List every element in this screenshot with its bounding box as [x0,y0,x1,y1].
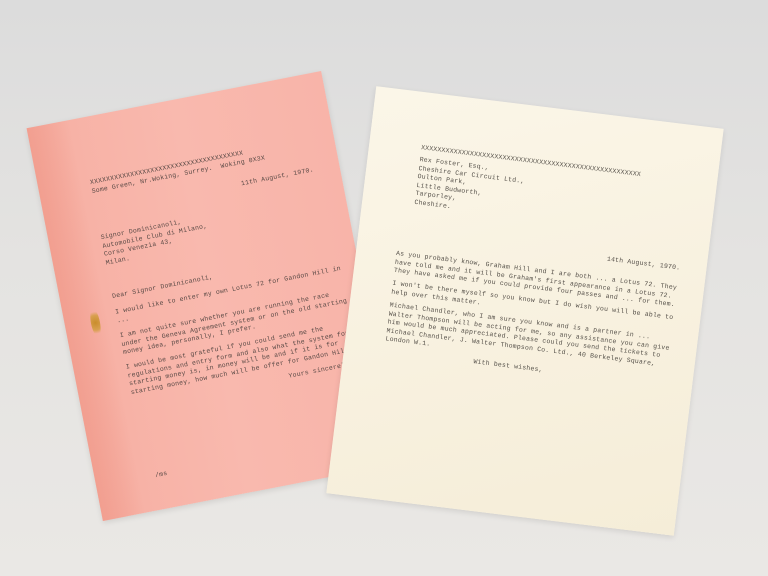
recipient-address: Signor Dominicanoli, Automobile Club di … [100,214,211,268]
photograph: XXXXXXXXXXXXXXXXXXXXXXXXXXXXXXXXXXXXXX S… [0,0,768,576]
letter-date: 14th August, 1970. [606,256,680,273]
cream-letter: XXXXXXXXXXXXXXXXXXXXXXXXXXXXXXXXXXXXXXXX… [326,86,723,536]
reference: /ms [155,470,169,481]
recipient-address: Rex Foster, Esq., Cheshire Car Circuit L… [414,156,526,220]
letter-date: 11th August, 1970. [240,166,314,188]
